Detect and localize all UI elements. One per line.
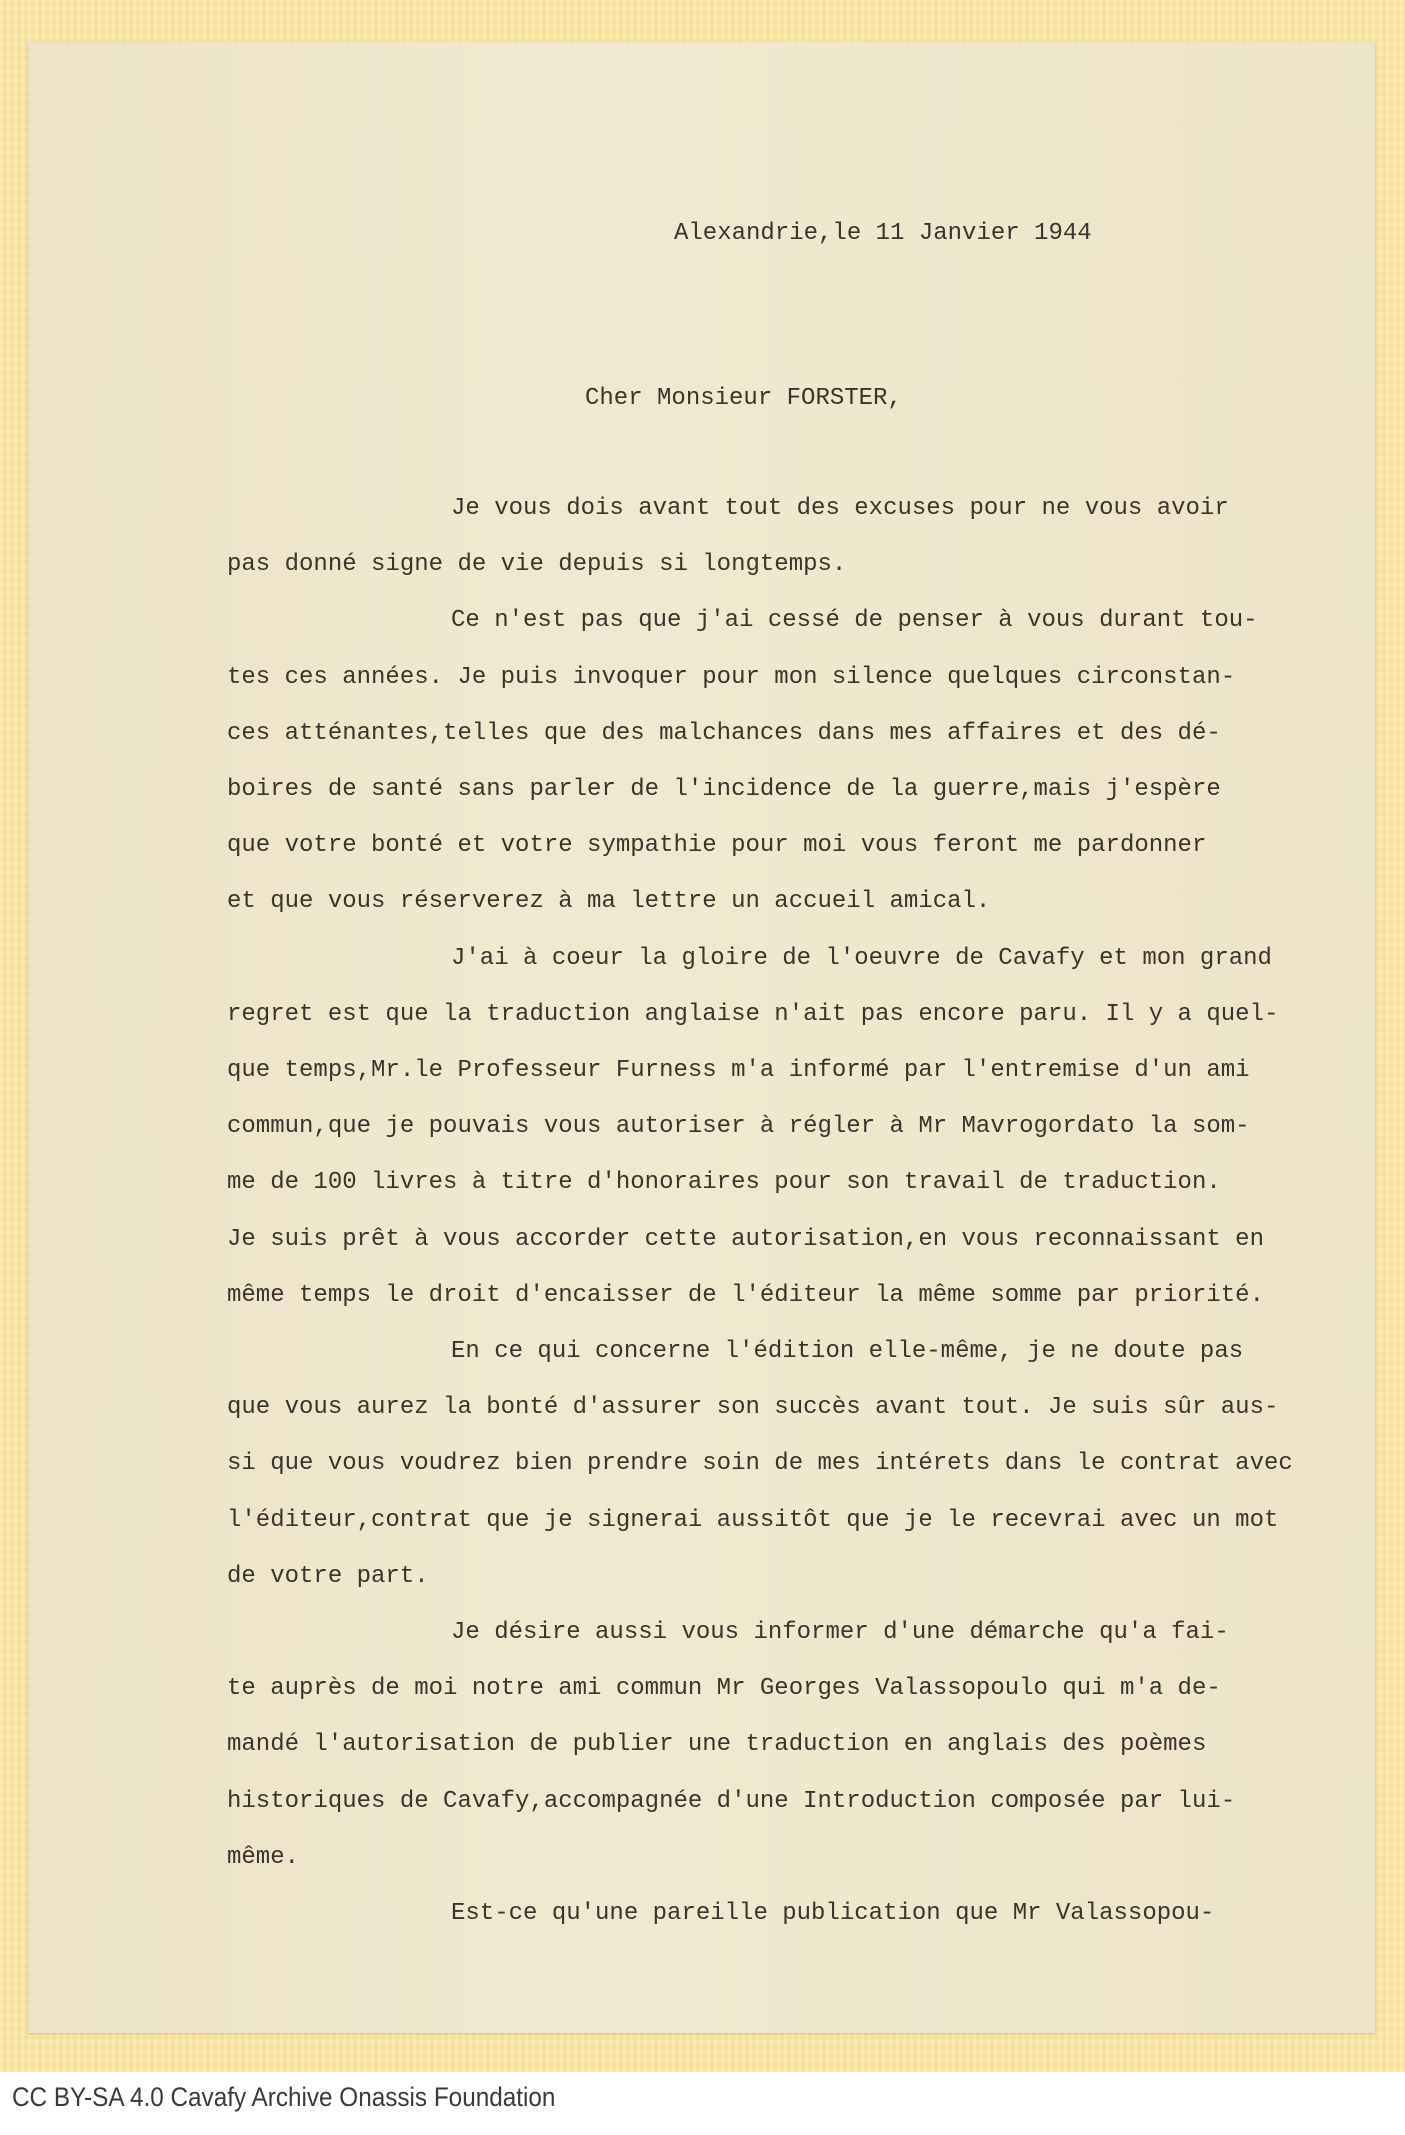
body-line: même temps le droit d'encaisser de l'édi… [227, 1282, 1264, 1310]
body-line: regret est que la traduction anglaise n'… [227, 1001, 1278, 1029]
body-line: Je désire aussi vous informer d'une déma… [451, 1619, 1229, 1647]
body-line: tes ces années. Je puis invoquer pour mo… [227, 664, 1235, 692]
license-credit: CC BY-SA 4.0 Cavafy Archive Onassis Foun… [12, 2082, 555, 2113]
body-line: historiques de Cavafy,accompagnée d'une … [227, 1788, 1235, 1816]
scan-background [0, 0, 1405, 2072]
body-line: pas donné signe de vie depuis si longtem… [227, 551, 846, 579]
body-line: si que vous voudrez bien prendre soin de… [227, 1450, 1293, 1478]
body-line: Ce n'est pas que j'ai cessé de penser à … [451, 607, 1258, 635]
salutation: Cher Monsieur FORSTER, [585, 385, 902, 413]
body-line: te auprès de moi notre ami commun Mr Geo… [227, 1675, 1221, 1703]
body-line: l'éditeur,contrat que je signerai aussit… [227, 1507, 1278, 1535]
body-line: que temps,Mr.le Professeur Furness m'a i… [227, 1057, 1250, 1085]
body-line: Je vous dois avant tout des excuses pour… [451, 495, 1229, 523]
body-line: me de 100 livres à titre d'honoraires po… [227, 1169, 1221, 1197]
body-line: ces atténantes,telles que des malchances… [227, 720, 1221, 748]
dateline: Alexandrie,le 11 Janvier 1944 [674, 220, 1092, 248]
body-line: J'ai à coeur la gloire de l'oeuvre de Ca… [451, 945, 1272, 973]
body-line: et que vous réserverez à ma lettre un ac… [227, 888, 990, 916]
body-line: que vous aurez la bonté d'assurer son su… [227, 1394, 1278, 1422]
body-line: que votre bonté et votre sympathie pour … [227, 832, 1206, 860]
body-line: Est-ce qu'une pareille publication que M… [451, 1900, 1214, 1928]
body-line: mandé l'autorisation de publier une trad… [227, 1731, 1206, 1759]
body-line: Je suis prêt à vous accorder cette autor… [227, 1226, 1264, 1254]
body-line: En ce qui concerne l'édition elle-même, … [451, 1338, 1243, 1366]
body-line: même. [227, 1844, 299, 1872]
body-line: commun,que je pouvais vous autoriser à r… [227, 1113, 1250, 1141]
body-line: boires de santé sans parler de l'inciden… [227, 776, 1221, 804]
body-line: de votre part. [227, 1563, 429, 1591]
